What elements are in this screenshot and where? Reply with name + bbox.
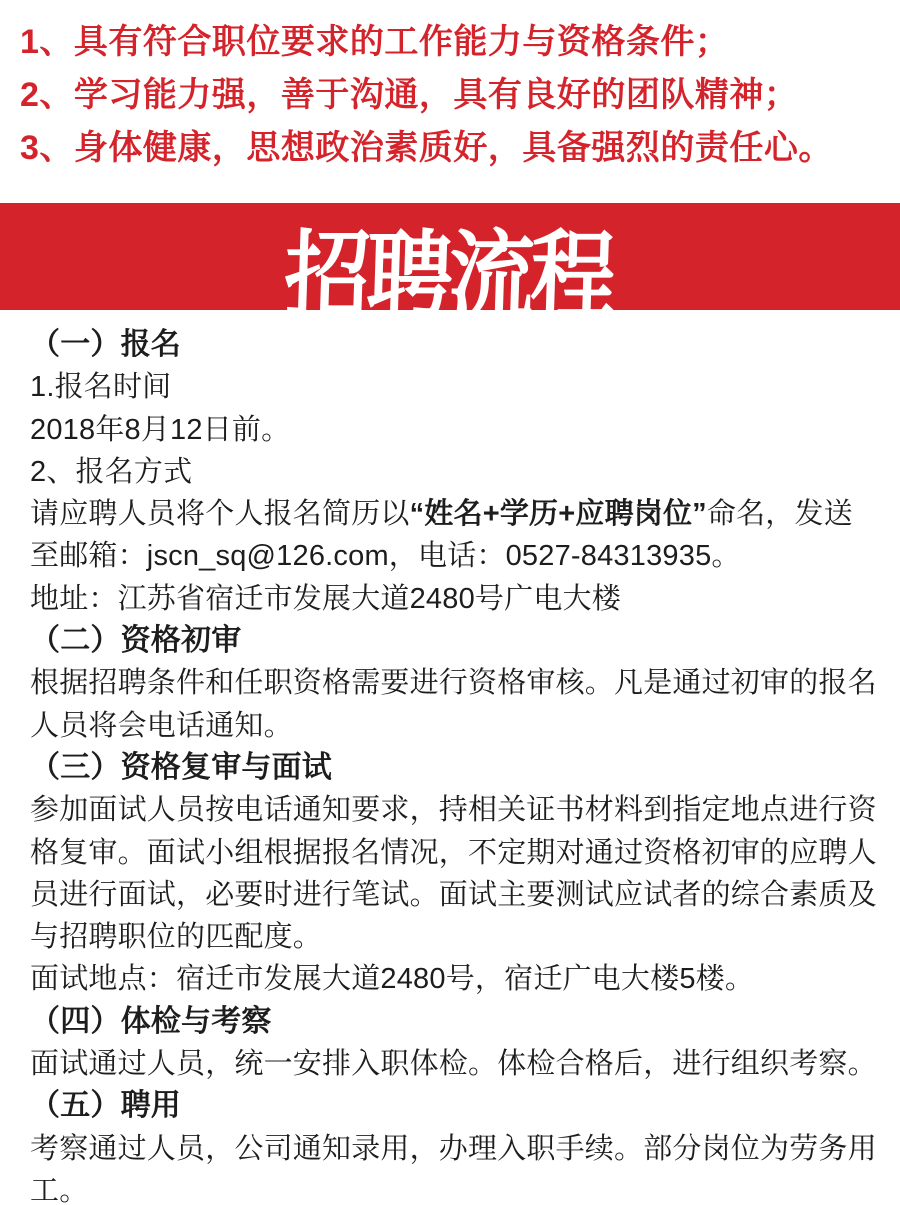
body-line: 2、报名方式 [30, 451, 876, 493]
requirements-list: 1、具有符合职位要求的工作能力与资格条件；2、学习能力强，善于沟通，具有良好的团… [0, 0, 900, 175]
text-run: （二）资格初审 [30, 624, 241, 657]
text-run: （五）聘用 [30, 1089, 181, 1122]
text-run: 命名，发送 [707, 498, 853, 530]
text-run: 格复审。面试小组根据报名情况，不定期对通过资格初审的应聘人 [30, 837, 877, 869]
body-line: 员进行面试，必要时进行笔试。面试主要测试应试者的综合素质及 [30, 874, 876, 916]
body-line: 地址：江苏省宿迁市发展大道2480号广电大楼 [30, 578, 876, 620]
text-run: 2、报名方式 [30, 456, 192, 488]
body-line: 人员将会电话通知。 [30, 705, 876, 747]
text-run: 至邮箱：jscn_sq@126.com，电话：0527-84313935。 [30, 540, 741, 572]
text-run: 2018年8月12日前。 [30, 414, 290, 446]
text-run: “姓名+学历+应聘岗位” [410, 498, 707, 530]
body-line: 工。 [30, 1170, 876, 1205]
text-run: 地址：江苏省宿迁市发展大道2480号广电大楼 [30, 583, 621, 615]
body-line: 面试通过人员，统一安排入职体检。体检合格后，进行组织考察。 [30, 1043, 876, 1085]
section-heading: （二）资格初审 [30, 620, 876, 662]
body-line: 1.报名时间 [30, 366, 876, 408]
body-line: 请应聘人员将个人报名简历以“姓名+学历+应聘岗位”命名，发送 [30, 493, 876, 535]
requirement-item: 2、学习能力强，善于沟通，具有良好的团队精神； [20, 69, 882, 122]
body-text: （一）报名1.报名时间2018年8月12日前。2、报名方式请应聘人员将个人报名简… [0, 310, 900, 1205]
text-run: 请应聘人员将个人报名简历以 [30, 498, 410, 530]
text-run: 面试地点：宿迁市发展大道2480号，宿迁广电大楼5楼。 [30, 963, 754, 995]
recruitment-notice-page: { "colors": { "accent": "#d5232b", "ink"… [0, 0, 900, 1205]
body-line: 考察通过人员，公司通知录用，办理入职手续。部分岗位为劳务用 [30, 1128, 876, 1170]
section-heading: （五）聘用 [30, 1085, 876, 1127]
body-line: 格复审。面试小组根据报名情况，不定期对通过资格初审的应聘人 [30, 832, 876, 874]
text-run: 员进行面试，必要时进行笔试。面试主要测试应试者的综合素质及 [30, 879, 877, 911]
body-line: 面试地点：宿迁市发展大道2480号，宿迁广电大楼5楼。 [30, 958, 876, 1000]
text-run: （一）报名 [30, 328, 181, 361]
text-run: 人员将会电话通知。 [30, 710, 293, 742]
body-line: 与招聘职位的匹配度。 [30, 916, 876, 958]
text-run: 与招聘职位的匹配度。 [30, 921, 322, 953]
requirement-item: 1、具有符合职位要求的工作能力与资格条件； [20, 16, 882, 69]
requirement-item: 3、身体健康，思想政治素质好，具备强烈的责任心。 [20, 122, 882, 175]
text-run: 根据招聘条件和任职资格需要进行资格审核。凡是通过初审的报名 [30, 667, 877, 699]
body-line: 参加面试人员按电话通知要求，持相关证书材料到指定地点进行资 [30, 789, 876, 831]
body-line: 至邮箱：jscn_sq@126.com，电话：0527-84313935。 [30, 535, 876, 577]
section-heading: （四）体检与考察 [30, 1001, 876, 1043]
text-run: （三）资格复审与面试 [30, 751, 332, 784]
body-line: 根据招聘条件和任职资格需要进行资格审核。凡是通过初审的报名 [30, 662, 876, 704]
text-run: 1.报名时间 [30, 371, 171, 403]
text-run: 参加面试人员按电话通知要求，持相关证书材料到指定地点进行资 [30, 794, 877, 826]
text-run: 面试通过人员，统一安排入职体检。体检合格后，进行组织考察。 [30, 1048, 877, 1080]
page-title: 招聘流程 [0, 229, 900, 325]
recruitment-process-banner: 招聘流程 [0, 203, 900, 310]
text-run: 工。 [30, 1175, 88, 1205]
section-heading: （三）资格复审与面试 [30, 747, 876, 789]
text-run: （四）体检与考察 [30, 1005, 272, 1038]
body-line: 2018年8月12日前。 [30, 409, 876, 451]
text-run: 考察通过人员，公司通知录用，办理入职手续。部分岗位为劳务用 [30, 1133, 877, 1165]
